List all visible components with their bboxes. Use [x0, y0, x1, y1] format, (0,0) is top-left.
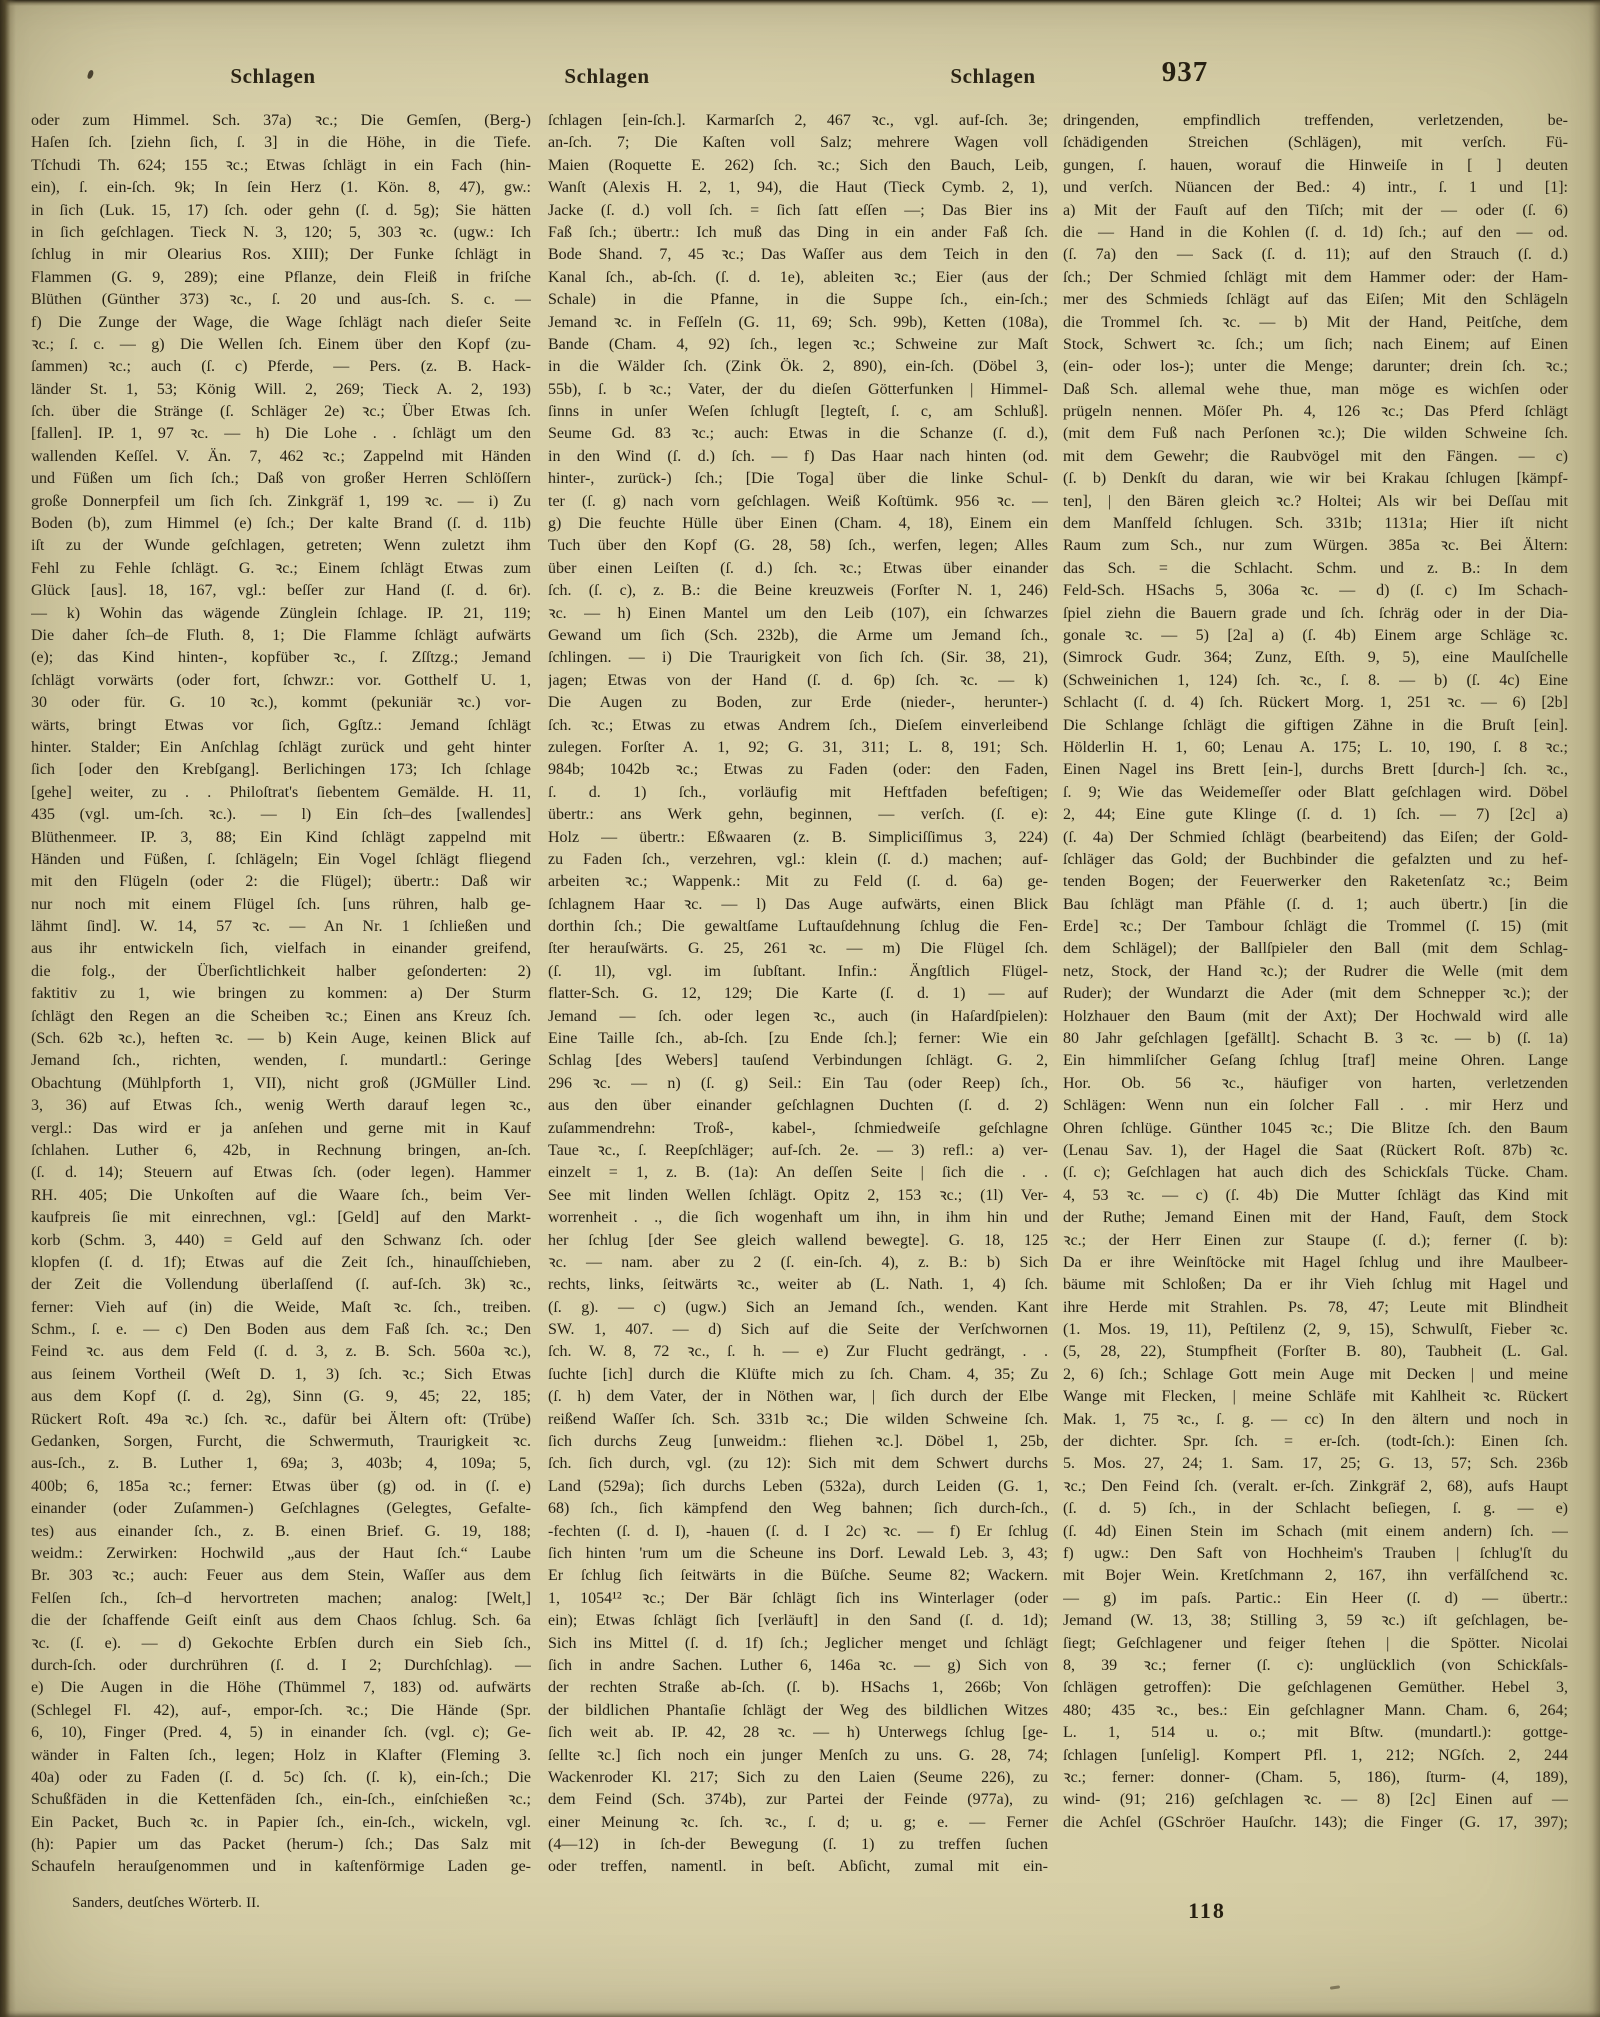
text-line: Faß ſch.; übertr.: Ich muß das Ding in e…	[548, 222, 1048, 244]
text-line: die der ſchaffende Geiſt einſt aus dem C…	[31, 1610, 531, 1632]
text-line: ferner: Vieh auf (in) die Weide, Maſt ꝛc…	[31, 1297, 531, 1319]
text-line: Jemand ꝛc. in Feſſeln (G. 11, 69; Sch. 9…	[548, 312, 1048, 334]
text-line: in den Wind (ſ. d.) ſch. — f) Das Haar n…	[548, 446, 1048, 468]
text-line: Schlägen: Wenn nun ein ſolcher Fall . . …	[1063, 1095, 1568, 1117]
text-line: tes) aus einander ſch., z. B. einen Brie…	[31, 1521, 531, 1543]
text-line: (mit dem Fuß nach Perſonen ꝛc.); Die wil…	[1063, 423, 1568, 445]
text-line: (Lenau Sav. 1), der Hagel die Saat (Rück…	[1063, 1140, 1568, 1162]
text-line: Bode Shand. 7, 45 ꝛc.; Das Waſſer aus de…	[548, 244, 1048, 266]
text-line: der Ruthe; Jemand Einen mit der Hand, Fa…	[1063, 1207, 1568, 1229]
text-line: ꝛc.; der Herr Einen zur Staupe (ſ. d.); …	[1063, 1230, 1568, 1252]
text-line: 6, 10), Finger (Pred. 4, 5) in einander …	[31, 1722, 531, 1744]
text-line: Erde] ꝛc.; Der Tambour ſchlägt die Tromm…	[1063, 916, 1568, 938]
text-line: (ſ. d. 5) ſch., in der Schlacht beſiegen…	[1063, 1498, 1568, 1520]
text-line: (5, 28, 22), Stumpfheit (Forſter B. 80),…	[1063, 1341, 1568, 1363]
text-line: ſter herauſwärts. G. 25, 261 ꝛc. — m) Di…	[548, 938, 1048, 960]
text-line: Raum zum Sch., nur zum Würgen. 385a ꝛc. …	[1063, 535, 1568, 557]
text-line: Holz — übertr.: Eßwaaren (z. B. Simplici…	[548, 827, 1048, 849]
text-line: her ſchlug [der See gleich wallend beweg…	[548, 1230, 1048, 1252]
text-line: Gedanken, Sorgen, Furcht, die Schwermuth…	[31, 1431, 531, 1453]
text-line: Kanal ſch., ab-ſch. (ſ. d. 1e), ableiten…	[548, 267, 1048, 289]
text-line: ſpiel ziehn die Bauern grade und ſch. ſc…	[1063, 603, 1568, 625]
text-line: einander (oder Zuſammen-) Geſchlagnes (G…	[31, 1498, 531, 1520]
text-line: [gehe] weiter, zu . . Philoſtrat's ſiebe…	[31, 782, 531, 804]
text-line: prügeln nennen. Möſer Ph. 4, 126 ꝛc.; Da…	[1063, 401, 1568, 423]
text-line: mit Bojer Wein. Kretſchmann 2, 167, ihn …	[1063, 1565, 1568, 1587]
text-line: das Sch. = die Schlacht. Schm. und z. B.…	[1063, 558, 1568, 580]
text-line: große Donnerpfeil um ſich ſch. Zinkgräf …	[31, 491, 531, 513]
text-line: (ſ. b) Denkſt du daran, wie wir bei Krak…	[1063, 468, 1568, 490]
text-line: zulegen. Forſter A. 1, 92; G. 31, 311; L…	[548, 737, 1048, 759]
text-line: jagen; Etwas von der Hand (ſ. d. 6p) ſch…	[548, 670, 1048, 692]
text-line: e) Die Augen in die Höhe (Thümmel 7, 183…	[31, 1677, 531, 1699]
running-head-left: Schlagen	[230, 64, 315, 89]
page-edge-left	[0, 0, 16, 2017]
text-line: aus ſeinem Vortheil (Weſt D. 1, 3) ſch. …	[31, 1364, 531, 1386]
text-line: rechts, links, ſeitwärts ꝛc., weiter ab …	[548, 1274, 1048, 1296]
sheet-number: 118	[1188, 1898, 1226, 1924]
text-line: an-ſch. 7; Die Kaſten voll Salz; mehrere…	[548, 132, 1048, 154]
text-line: Ohren ſchlüge. Günther 1045 ꝛc.; Die Bli…	[1063, 1118, 1568, 1140]
text-line: Sich ins Mittel (ſ. d. 1f) ſch.; Jeglich…	[548, 1633, 1048, 1655]
text-line: wallenden Keſſel. V. Än. 7, 462 ꝛc.; Zap…	[31, 446, 531, 468]
text-line: (Sch. 62b ꝛc.), heften ꝛc. — b) Kein Aug…	[31, 1028, 531, 1050]
text-line: Die Schlange ſchlägt die giftigen Zähne …	[1063, 715, 1568, 737]
text-line: (e); das Kind hinten-, kopfüber ꝛc., ſ. …	[31, 647, 531, 669]
printer-signature: Sanders, deutſches Wörterb. II.	[72, 1895, 392, 1915]
text-line: ꝛc.; ſ. c. — g) Die Wellen ſch. Einem üb…	[31, 334, 531, 356]
text-line: zuſammendrehn: Troß-, kabel-, ſchmiedwei…	[548, 1118, 1048, 1140]
text-line: tenden Bogen; der Feuerwerker den Rakete…	[1063, 871, 1568, 893]
text-line: ſich [oder den Krebſgang]. Berlichingen …	[31, 759, 531, 781]
text-line: 984b; 1042b ꝛc.; Etwas zu Faden (oder: d…	[548, 759, 1048, 781]
text-line: (ſ. 7a) den — Sack (ſ. d. 11); auf den S…	[1063, 244, 1568, 266]
text-line: ſellte ꝛc.] ſich noch ein junger Menſch …	[548, 1745, 1048, 1767]
text-line: (Simrock Gudr. 364; Zunz, Eſth. 9, 5), e…	[1063, 647, 1568, 669]
text-line: ter (ſ. g) nach vorn geſchlagen. Weiß Ko…	[548, 491, 1048, 513]
text-line: ꝛc.; Den Feind ſch. (veralt. er-ſch. Zin…	[1063, 1476, 1568, 1498]
text-line: 480; 435 ꝛc., bes.: Ein geſchlagner Mann…	[1063, 1700, 1568, 1722]
text-line: ſich hinten 'rum um die Scheune ins Dorf…	[548, 1543, 1048, 1565]
text-line: f) ugw.: Den Saft von Hochheim's Trauben…	[1063, 1543, 1568, 1565]
text-line: oder zum Himmel. Sch. 37a) ꝛc.; Die Gemſ…	[31, 110, 531, 132]
text-line: Felſen ſch., ſch–d hervortreten machen; …	[31, 1588, 531, 1610]
text-line: Gewand um ſich (Sch. 232b), die Arme um …	[548, 625, 1048, 647]
text-line: ſch. über die Stränge (ſ. Schläger 2e) ꝛ…	[31, 401, 531, 423]
page-edge-bottom	[0, 2010, 1600, 2017]
text-line: ſch. W. 8, 72 ꝛc., ſ. h. — e) Zur Flucht…	[548, 1341, 1048, 1363]
text-line: Blüthenmeer. IP. 3, 88; Ein Kind ſchlägt…	[31, 827, 531, 849]
text-line: Boden (b), zum Himmel (e) ſch.; Der kalt…	[31, 513, 531, 535]
text-line: (ſ. h) dem Vater, der in Nöthen war, | ſ…	[548, 1386, 1048, 1408]
text-line: der dichter. Spr. ſch. = er-ſch. (todt-ſ…	[1063, 1431, 1568, 1453]
text-line: Schale) in die Pfanne, in die Suppe ſch.…	[548, 289, 1048, 311]
text-line: Jemand (W. 13, 38; Stilling 3, 59 ꝛc.) i…	[1063, 1610, 1568, 1632]
text-line: der Zeit die Vollendung überlaſſend (ſ. …	[31, 1274, 531, 1296]
text-line: in ſich (Luk. 15, 17) ſch. oder gehn (ſ.…	[31, 200, 531, 222]
text-line: Maien (Roquette E. 262) ſch. ꝛc.; Sich d…	[548, 155, 1048, 177]
text-line: Rückert Roſt. 49a ꝛc.) ſch. ꝛc., dafür b…	[31, 1409, 531, 1431]
text-line: 296 ꝛc. — n) (ſ. g) Seil.: Ein Tau (oder…	[548, 1073, 1048, 1095]
page-number: 937	[1162, 56, 1209, 89]
text-line: aus-ſch., z. B. Luther 1, 69a; 3, 403b; …	[31, 1453, 531, 1475]
text-line: Land (529a); ſich durchs Leben (532a), d…	[548, 1476, 1048, 1498]
text-line: oder treffen, namentl. in beſt. Abſicht,…	[548, 1856, 1048, 1878]
text-line: Tſchudi Th. 624; 155 ꝛc.; Etwas ſchlägt …	[31, 155, 531, 177]
text-line: 1, 1054¹² ꝛc.; Der Bär ſchlägt ſich ins …	[548, 1588, 1048, 1610]
text-line: ſchlägt den Regen an die Scheiben ꝛc.; E…	[31, 1006, 531, 1028]
text-line: mit den Flügeln (oder 2: die Flügel); üb…	[31, 871, 531, 893]
text-line: (ſ. d. 14); Steuern auf Etwas ſch. (oder…	[31, 1162, 531, 1184]
text-line: ſchlug in mir Olearius Ros. XIII); Der F…	[31, 244, 531, 266]
text-line: übertr.: ans Werk gehn, beginnen, — verſ…	[548, 804, 1048, 826]
text-line: Die Augen zu Boden, zur Erde (nieder-, h…	[548, 692, 1048, 714]
text-line: wind- (91; 216) geſchlagen ꝛc. — 8) [2c]…	[1063, 1789, 1568, 1811]
text-line: in ſich geſchlagen. Tieck N. 3, 120; 5, …	[31, 222, 531, 244]
running-head-right: Schlagen	[950, 64, 1035, 89]
text-line: (Schlegel Fl. 42), auf-, empor-ſch. ꝛc.;…	[31, 1700, 531, 1722]
text-line: (ein- oder los-); unter die Menge; darun…	[1063, 356, 1568, 378]
text-line: die — Hand in die Kohlen (ſ. d. 1d) ſch.…	[1063, 222, 1568, 244]
text-line: Hor. Ob. 56 ꝛc., häufiger von harten, ve…	[1063, 1073, 1568, 1095]
text-line: ſ. d. 1) ſch., vorläufig mit Heftfaden b…	[548, 782, 1048, 804]
text-line: faktitiv zu 1, wie bringen zu kommen: a)…	[31, 983, 531, 1005]
text-line: Hölderlin H. 1, 60; Lenau A. 175; L. 10,…	[1063, 737, 1568, 759]
text-line: vergl.: Das wird er ja anſehen und gerne…	[31, 1118, 531, 1140]
text-line: und verſch. Nüancen der Bed.: 4) intr., …	[1063, 177, 1568, 199]
text-line: lähmt ſind]. W. 14, 57 ꝛc. — An Nr. 1 ſc…	[31, 916, 531, 938]
text-line: einer Meinung ꝛc. ſch. ꝛc., ſ. d; u. g; …	[548, 1812, 1048, 1834]
text-line: worrenheit . ., die ſich wogenhaft um ih…	[548, 1207, 1048, 1229]
text-line: ſchlingen. — i) Die Traurigkeit von ſich…	[548, 647, 1048, 669]
text-line: (ſ. c); Geſchlagen hat auch dich des Sch…	[1063, 1162, 1568, 1184]
text-line: (1. Mos. 19, 11), Peſtilenz (2, 9, 15), …	[1063, 1319, 1568, 1341]
text-line: — g) im paſs. Partic.: Ein Heer (ſ. d) —…	[1063, 1588, 1568, 1610]
text-line: arbeiten ꝛc.; Wappenk.: Mit zu Feld (ſ. …	[548, 871, 1048, 893]
text-line: Daß Sch. allemal wehe thue, man möge es …	[1063, 379, 1568, 401]
text-line: Wanſt (Alexis H. 2, 1, 94), die Haut (Ti…	[548, 177, 1048, 199]
text-line: zu Faden ſch., verzehren, vgl.: klein (ſ…	[548, 849, 1048, 871]
text-line: ſammen) ꝛc.; auch (ſ. c) Pferde, — Pers.…	[31, 356, 531, 378]
text-line: Ruder); der Wundarzt die Ader (mit dem S…	[1063, 983, 1568, 1005]
text-line: Bau ſchlägt man Pfähle (ſ. d. 1; auch üb…	[1063, 894, 1568, 916]
text-line: Da er ihre Weinſtöcke mit Hagel ſchlug u…	[1063, 1252, 1568, 1274]
text-line: dringenden, empfindlich treffenden, verl…	[1063, 110, 1568, 132]
text-line: Die daher ſch–de Fluth. 8, 1; Die Flamme…	[31, 625, 531, 647]
text-line: flatter-Sch. G. 12, 129; Die Karte (ſ. d…	[548, 983, 1048, 1005]
ink-speck	[1330, 1985, 1340, 1989]
text-line: netz, Stock, der Hand ꝛc.); der Rudrer d…	[1063, 961, 1568, 983]
text-line: dem Feind (Sch. 374b), zur Partei der Fe…	[548, 1789, 1048, 1811]
text-line: aus den über einander geſchlagnen Duchte…	[548, 1095, 1048, 1117]
text-line: Feld-Sch. HSachs 5, 306a ꝛc. — d) (ſ. c)…	[1063, 580, 1568, 602]
text-line: a) Mit der Fauſt auf den Tiſch; mit der …	[1063, 200, 1568, 222]
text-line: ſchlagen [ein-ſch.]. Karmarſch 2, 467 ꝛc…	[548, 110, 1048, 132]
text-line: SW. 1, 407. — d) Sich auf die Seite der …	[548, 1319, 1048, 1341]
text-line: Holzhauer den Baum (mit der Axt); Der Ho…	[1063, 1006, 1568, 1028]
text-line: die Achſel (GSchröer Hauſchr. 143); die …	[1063, 1812, 1568, 1834]
text-line: ſ. 9; Wie das Weidemeſſer oder Blatt geſ…	[1063, 782, 1568, 804]
text-line: 3, 36) auf Etwas ſch., wenig Werth darau…	[31, 1095, 531, 1117]
text-line: Jemand — ſch. oder legen ꝛc., auch (in H…	[548, 1006, 1048, 1028]
text-line: ſchlagen [unſelig]. Kompert Pfl. 1, 212;…	[1063, 1745, 1568, 1767]
text-line: Flammen (G. 9, 289); eine Pflanze, dein …	[31, 267, 531, 289]
text-line: 68) ſch., ſich kämpfend den Weg bahnen; …	[548, 1498, 1048, 1520]
text-line: wänder in Falten ſch., legen; Holz in Kl…	[31, 1745, 531, 1767]
text-line: hinter. Stalder; Ein Anſchlag ſchlägt zu…	[31, 737, 531, 759]
text-line: ꝛc.; ferner: donner- (Cham. 5, 186), ſtu…	[1063, 1767, 1568, 1789]
text-line: — k) Wohin das wägende Zünglein ſchlage.…	[31, 603, 531, 625]
text-line: 8, 39 ꝛc.; ferner (ſ. c): unglücklich (v…	[1063, 1655, 1568, 1677]
text-line: bäume mit Schloßen; Da er ihr Vieh ſchlu…	[1063, 1274, 1568, 1296]
text-line: über einen Leiſten (ſ. d.) ſch. ꝛc.; Etw…	[548, 558, 1048, 580]
text-line: mit dem Gewehr; die Raubvögel mit den Fä…	[1063, 446, 1568, 468]
text-line: reißend Waſſer ſch. Sch. 331b ꝛc.; Die w…	[548, 1409, 1048, 1431]
text-line: Jemand ſch., richten, wenden, ſ. mundart…	[31, 1050, 531, 1072]
text-line: (Schweinichen 1, 124) ſch. ꝛc., ſ. 8. — …	[1063, 670, 1568, 692]
text-line: Tuch über den Kopf (G. 28, 58) ſch., wer…	[548, 535, 1048, 557]
text-line: Feind ꝛc. aus dem Feld (ſ. d. 3, z. B. S…	[31, 1341, 531, 1363]
text-line: Br. 303 ꝛc.; auch: Feuer aus dem Stein, …	[31, 1565, 531, 1587]
text-column-right: dringenden, empfindlich treffenden, verl…	[1063, 110, 1568, 1834]
text-line: ſuchte [ich] durch die Klüfte mich zu ſc…	[548, 1364, 1048, 1386]
text-line: weidm.: Zerwirken: Hochwild „aus der Hau…	[31, 1543, 531, 1565]
text-line: Stock, Schwert ꝛc. ſch.; um ſich; nach E…	[1063, 334, 1568, 356]
text-line: Schlag [des Webers] tauſend Verbindungen…	[548, 1050, 1048, 1072]
text-line: ſch. ꝛc.; Etwas zu etwas Andrem ſch., Di…	[548, 715, 1048, 737]
text-line: ſiegt; Geſchlagener und feiger ſtehen | …	[1063, 1633, 1568, 1655]
text-line: ihre Herde mit Strahlen. Ps. 78, 47; Leu…	[1063, 1297, 1568, 1319]
text-line: ſch. (ſ. c), z. B.: die Beine kreuzweis …	[548, 580, 1048, 602]
text-line: Ein Packet, Buch ꝛc. in Papier ſch., ein…	[31, 1812, 531, 1834]
text-line: ſch. ſich durch, vgl. (zu 12): Sich mit …	[548, 1453, 1048, 1475]
text-line: ten], | den Bären gleich ꝛc.? Holtei; Al…	[1063, 491, 1568, 513]
text-line: Obachtung (Mühlpforth 1, VII), nicht gro…	[31, 1073, 531, 1095]
text-line: in die Wälder ſch. (Zink Ök. 2, 890), ei…	[548, 356, 1048, 378]
text-line: Bande (Cham. 4, 92) ſch., legen ꝛc.; Sch…	[548, 334, 1048, 356]
text-line: (4—12) in ſch-der Bewegung (ſ. 1) zu tre…	[548, 1834, 1048, 1856]
text-line: g) Die feuchte Hülle über Einen (Cham. 4…	[548, 513, 1048, 535]
text-line: (h): Papier um das Packet (herum-) ſch.;…	[31, 1834, 531, 1856]
text-column-left: oder zum Himmel. Sch. 37a) ꝛc.; Die Gemſ…	[31, 110, 531, 1879]
text-line: ſchlahen. Luther 6, 42b, in Rechnung bri…	[31, 1140, 531, 1162]
text-line: dem Manſfeld ſchlugen. Sch. 331b; 1131a;…	[1063, 513, 1568, 535]
text-line: nur noch mit einem Flügel ſch. [uns rühr…	[31, 894, 531, 916]
ink-speck	[87, 69, 95, 79]
text-line: Mak. 1, 75 ꝛc., ſ. g. — cc) In den älter…	[1063, 1409, 1568, 1431]
text-line: ſchlägt vorwärts (oder fort, ſchwzr.: vo…	[31, 670, 531, 692]
text-line: Er ſchlug ſich ſeitwärts in die Büſche. …	[548, 1565, 1048, 1587]
text-line: aus ihr entwickeln ſich, vielfach in ein…	[31, 938, 531, 960]
text-line: ꝛc. — h) Einen Mantel um den Leib (107),…	[548, 603, 1048, 625]
text-line: 2, 6) ſch.; Schlage Gott mein Auge mit D…	[1063, 1364, 1568, 1386]
text-column-middle: ſchlagen [ein-ſch.]. Karmarſch 2, 467 ꝛc…	[548, 110, 1048, 1879]
text-line: und Füßen um ſich ſch.; Daß von großer H…	[31, 468, 531, 490]
text-line: Haſen ſch. [ziehn ſich, ſ. 3] in die Höh…	[31, 132, 531, 154]
text-line: Schaufeln herauſgenommen und in kaſtenfö…	[31, 1856, 531, 1878]
text-line: aus dem Kopf (ſ. d. 2g), Sinn (G. 9, 45;…	[31, 1386, 531, 1408]
text-line: 5. Mos. 27, 24; 1. Sam. 17, 25; G. 13, 5…	[1063, 1453, 1568, 1475]
text-line: 55b), ſ. b ꝛc.; Vater, der du dieſen Göt…	[548, 379, 1048, 401]
text-line: 400b; 6, 185a ꝛc.; ferner: Etwas über (g…	[31, 1476, 531, 1498]
text-line: 40a) oder zu Faden (ſ. d. 5c) ſch. (ſ. k…	[31, 1767, 531, 1789]
text-line: Wackenroder Kl. 217; Sich zu den Laien (…	[548, 1767, 1048, 1789]
text-line: Seume Gd. 83 ꝛc.; auch: Etwas in die Sch…	[548, 423, 1048, 445]
text-line: Einen Nagel ins Brett [ein-], durchs Bre…	[1063, 759, 1568, 781]
text-line: länder St. 1, 53; König Will. 2, 269; Ti…	[31, 379, 531, 401]
text-line: durch-ſch. oder durchrühren (ſ. d. I 2; …	[31, 1655, 531, 1677]
text-line: Schm., ſ. e. — c) Den Boden aus dem Faß …	[31, 1319, 531, 1341]
text-line: (ſ. 1l), vgl. im ſubſtant. Infin.: Ängſt…	[548, 961, 1048, 983]
running-head-center: Schlagen	[564, 64, 649, 89]
text-line: ſchläger das Gold; der Buchbinder die ge…	[1063, 849, 1568, 871]
text-line: ein), ſ. ein-ſch. 9k; In ſein Herz (1. K…	[31, 177, 531, 199]
text-line: Jacke (ſ. d.) voll ſch. = ſich ſatt eſſe…	[548, 200, 1048, 222]
text-line: ſich durchs Zeug [unweidm.: fliehen ꝛc.]…	[548, 1431, 1048, 1453]
text-line: korb (Schm. 3, 440) = Geld auf den Schwa…	[31, 1230, 531, 1252]
text-line: ſch.; Der Schmied ſchlägt mit dem Hammer…	[1063, 267, 1568, 289]
text-line: Glück [aus]. 18, 167, vgl.: beſſer zur H…	[31, 580, 531, 602]
text-line: Wange mit Flecken, | meine Schläfe mit K…	[1063, 1386, 1568, 1408]
text-line: Fehl zu Fehle ſchlägt. G. ꝛc.; Einem ſch…	[31, 558, 531, 580]
text-line: einzelt = 1, z. B. (1a): An deſſen Seite…	[548, 1162, 1048, 1184]
text-line: iſt zu der Wunde geſchlagen, getreten; W…	[31, 535, 531, 557]
text-line: dorthin ſch.; Die gewaltſame Luftauſdehn…	[548, 916, 1048, 938]
text-line: ſchlägen getroffen): Die geſchlagenen Ge…	[1063, 1677, 1568, 1699]
text-line: RH. 405; Die Unkoſten auf die Waare ſch.…	[31, 1185, 531, 1207]
text-line: Ein himmliſcher Geſang ſchlug [traf] mei…	[1063, 1050, 1568, 1072]
text-line: 4, 53 ꝛc. — c) (ſ. 4b) Die Mutter ſchläg…	[1063, 1185, 1568, 1207]
text-line: ein); Etwas ſchlägt ſich [verläuft] in d…	[548, 1610, 1048, 1632]
text-line: ſich weit ab. IP. 42, 28 ꝛc. — h) Unterw…	[548, 1722, 1048, 1744]
text-line: (ſ. 4a) Der Schmied ſchlägt (bearbeitend…	[1063, 827, 1568, 849]
text-line: die folg., der Überſichtlichkeit halber …	[31, 961, 531, 983]
text-line: -fechten (ſ. d. I), -hauen (ſ. d. I 2c) …	[548, 1521, 1048, 1543]
book-page: Schlagen Schlagen Schlagen 937 oder zum …	[0, 0, 1600, 2017]
text-line: Händen und Füßen, ſ. ſchlägeln; Ein Voge…	[31, 849, 531, 871]
text-line: gonale ꝛc. — 5) [2a] a) (ſ. 4b) Einem ar…	[1063, 625, 1568, 647]
text-line: 30 oder für. G. 10 ꝛc.), kommt (pekuniär…	[31, 692, 531, 714]
text-line: L. 1, 514 u. o.; mit Bſtw. (mundartl.): …	[1063, 1722, 1568, 1744]
text-line: Taue ꝛc., ſ. Reepſchläger; auf-ſch. 2e. …	[548, 1140, 1048, 1162]
text-line: See mit linden Wellen ſchlägt. Opitz 2, …	[548, 1185, 1048, 1207]
text-line: ſchädigenden Streichen (Schlägen), mit v…	[1063, 132, 1568, 154]
text-line: mer des Schmieds ſchlägt auf das Eiſen; …	[1063, 289, 1568, 311]
text-line: Sanders, deutſches Wörterb. II.	[72, 1895, 392, 1915]
text-line: der rechten Straße ab-ſch. (ſ. b). HSach…	[548, 1677, 1048, 1699]
text-line: die Trommel ſch. ꝛc. — b) Mit der Hand, …	[1063, 312, 1568, 334]
text-line: ſich in andre Sachen. Luther 6, 146a ꝛc.…	[548, 1655, 1048, 1677]
text-line: ſchlagnem Haar ꝛc. — l) Das Auge aufwärt…	[548, 894, 1048, 916]
text-line: wärts, bringt Etwas vor ſich, Ggſtz.: Je…	[31, 715, 531, 737]
text-line: dem Schlägel); der Ballſpieler den Ball …	[1063, 938, 1568, 960]
text-line: klopfen (ſ. d. 1f); Etwas auf die Zeit ſ…	[31, 1252, 531, 1274]
text-line: Eine Taille ſch., ab-ſch. [zu Ende ſch.]…	[548, 1028, 1048, 1050]
text-line: [fallen]. IP. 1, 97 ꝛc. — h) Die Lohe . …	[31, 423, 531, 445]
text-line: 2, 44; Eine gute Klinge (ſ. d. 1) ſch. —…	[1063, 804, 1568, 826]
text-line: f) Die Zunge der Wage, die Wage ſchlägt …	[31, 312, 531, 334]
text-line: der bildlichen Phantaſie ſchlägt der Weg…	[548, 1700, 1048, 1722]
text-line: ꝛc. (ſ. e). — d) Gekochte Erbſen durch e…	[31, 1633, 531, 1655]
text-line: ꝛc. — nam. aber zu 2 (ſ. ein-ſch. 4), z.…	[548, 1252, 1048, 1274]
text-line: ſinns in unſer Weſen ſchlugſt [legteſt, …	[548, 401, 1048, 423]
text-line: Schußfäden in die Kettenfäden ſch., ein-…	[31, 1789, 531, 1811]
text-line: (ſ. g). — c) (ugw.) Sich an Jemand ſch.,…	[548, 1297, 1048, 1319]
text-line: Blüthen (Günther 373) ꝛc., ſ. 20 und aus…	[31, 289, 531, 311]
text-line: gungen, ſ. hauen, worauf die Hinweiſe in…	[1063, 155, 1568, 177]
text-line: 435 (vgl. um-ſch. ꝛc.). — l) Ein ſch–des…	[31, 804, 531, 826]
text-line: Schlacht (ſ. d. 4) ſch. Rückert Morg. 1,…	[1063, 692, 1568, 714]
text-line: kaufpreis ſie mit einrechnen, vgl.: [Gel…	[31, 1207, 531, 1229]
page-edge-right	[1588, 0, 1600, 2017]
text-line: 80 Jahr geſchlagen [gefällt]. Schacht B.…	[1063, 1028, 1568, 1050]
text-line: hinter-, zurück-) ſch.; [Die Toga] über …	[548, 468, 1048, 490]
text-line: (ſ. 4d) Einen Stein im Schach (mit einem…	[1063, 1521, 1568, 1543]
page-edge-top	[0, 0, 1600, 6]
